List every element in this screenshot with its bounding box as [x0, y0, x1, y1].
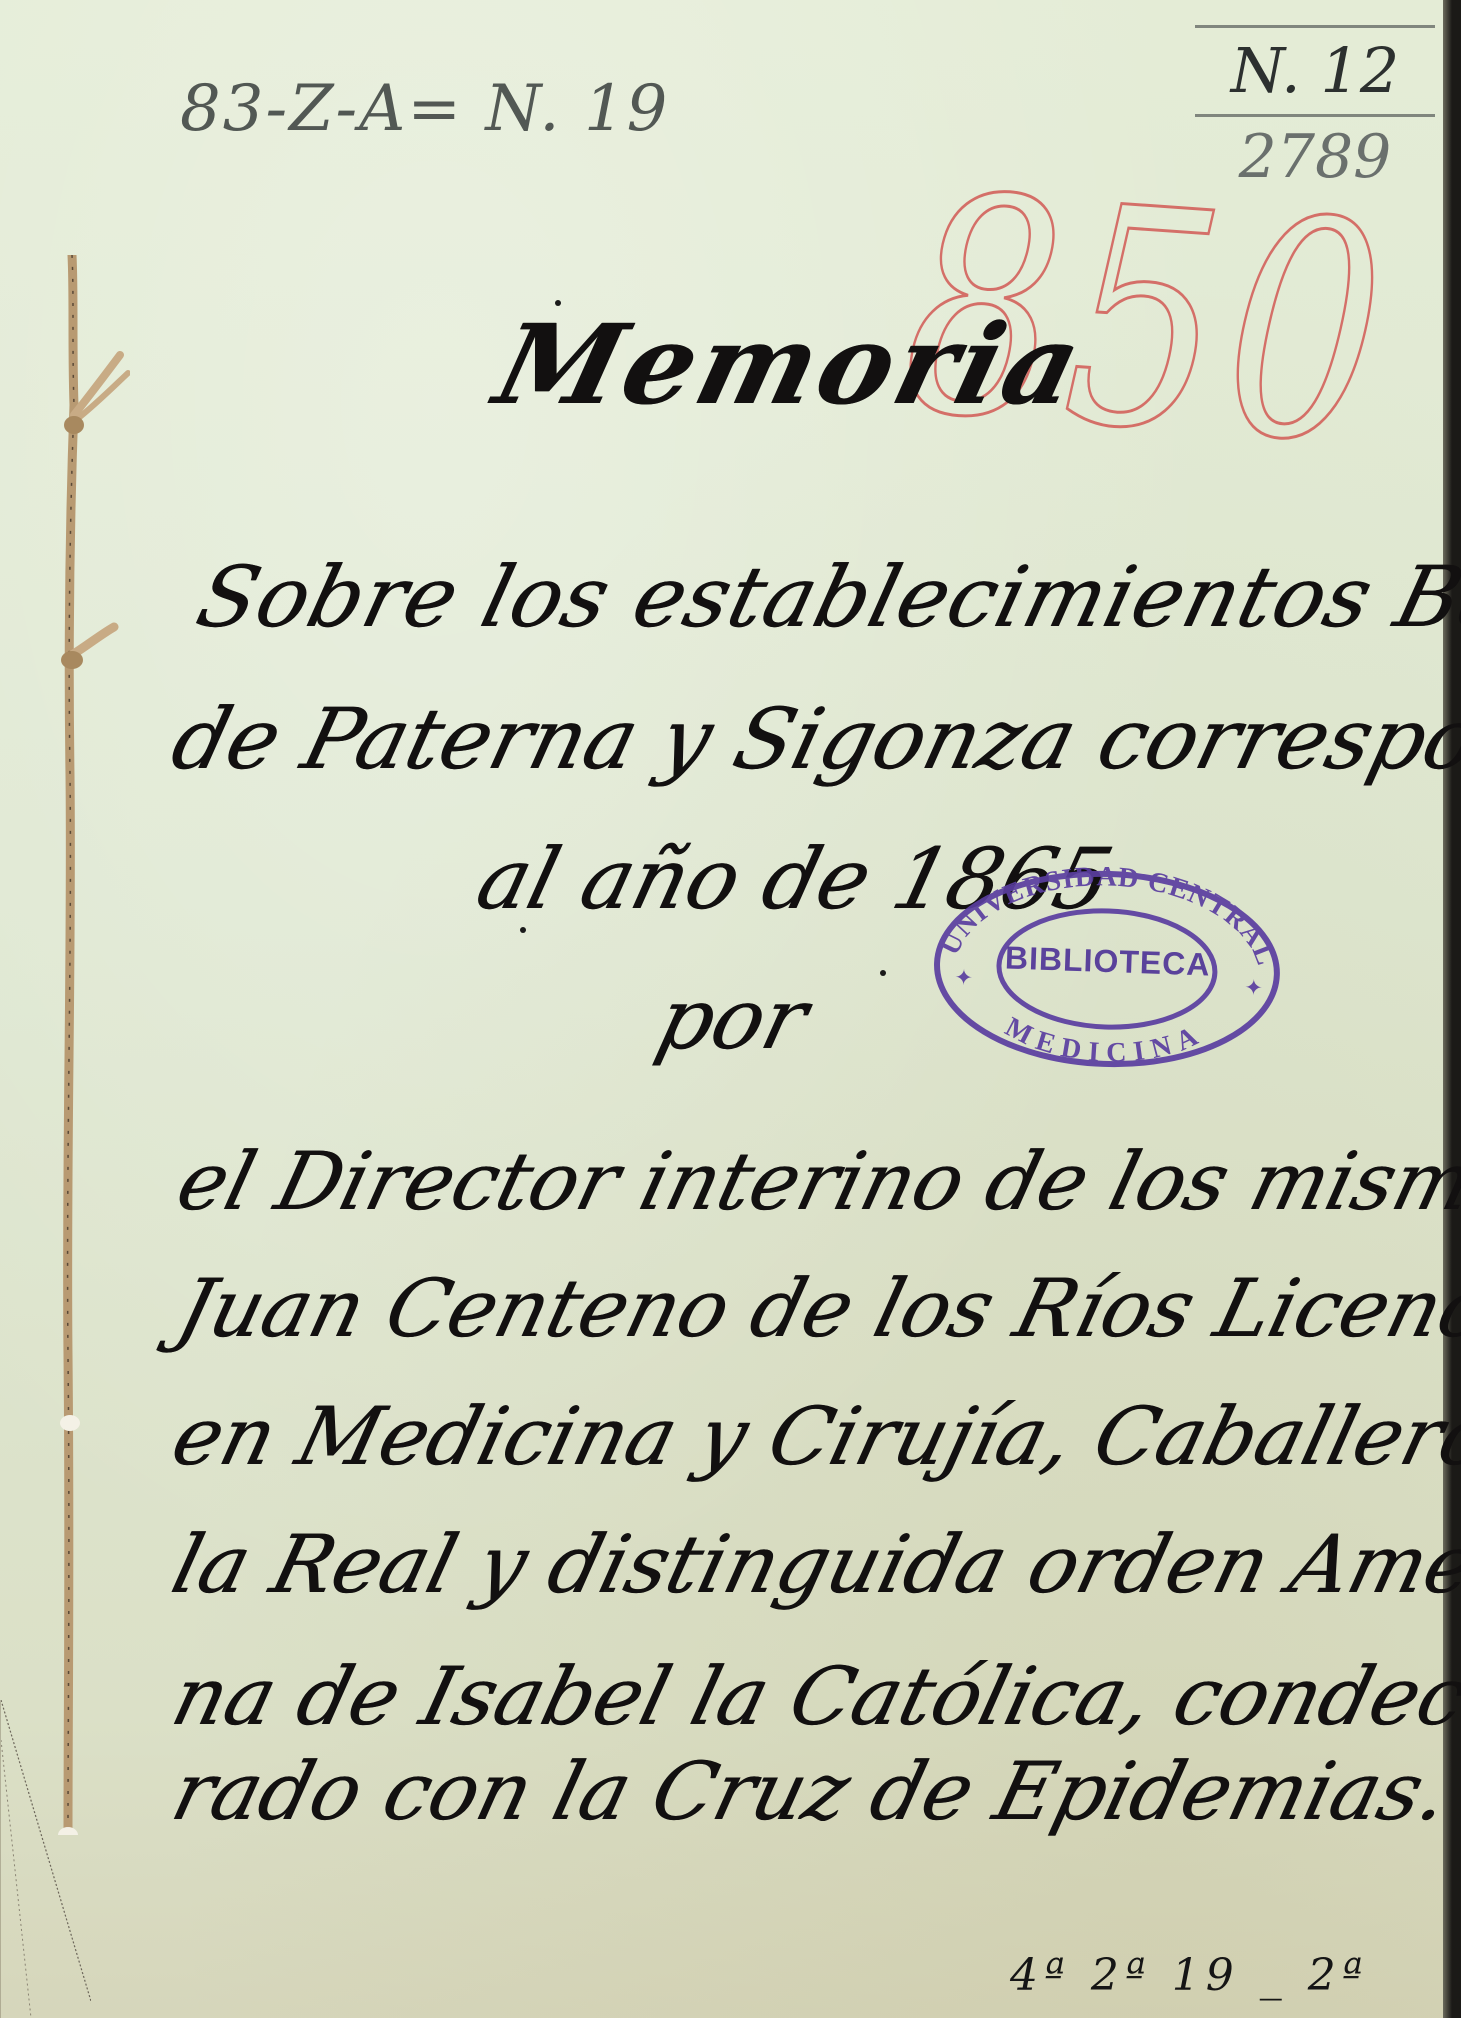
body-line-2: de Paterna y Sigonza correspondiente — [163, 690, 1461, 788]
stamp-bottom-text: MEDICINA — [999, 1011, 1211, 1073]
body-line-7: en Medicina y Cirujía, Caballero de — [163, 1390, 1461, 1483]
signature-rule-top — [1195, 25, 1435, 28]
body-line-5: el Director interino de los mismos Don — [168, 1135, 1461, 1228]
body-line-10: rado con la Cruz de Epidemias. — [163, 1745, 1457, 1838]
svg-text:MEDICINA: MEDICINA — [999, 1011, 1211, 1073]
body-line-8: la Real y distinguida orden Americana — [163, 1518, 1461, 1611]
folded-corner — [0, 1700, 91, 2018]
body-line-9: na de Isabel la Católica, condeco- — [163, 1650, 1461, 1743]
signature-annotation: N. 12 2789 — [1195, 25, 1435, 197]
body-line-1: Sobre los establecimientos Balnearios — [188, 548, 1461, 646]
document-title: Memoria — [484, 300, 1097, 429]
body-line-4: por — [648, 970, 817, 1068]
library-stamp: UNIVERSIDAD CENTRAL MEDICINA ✦ ✦ BIBLIOT… — [922, 859, 1294, 1077]
shelfmark-annotation: 4ª 2ª 19 _ 2ª — [1010, 1950, 1369, 2001]
call-number-annotation: 83-Z-A= N. 19 — [180, 72, 669, 146]
ink-dot — [555, 300, 561, 306]
binding-thread — [50, 255, 130, 1835]
ink-dot — [880, 970, 886, 976]
manuscript-page: 83-Z-A= N. 19 850 N. 12 2789 Memoria Sob… — [0, 0, 1452, 2018]
signature-number-top: N. 12 — [1195, 28, 1435, 114]
ink-dot — [520, 927, 526, 933]
signature-number-bottom: 2789 — [1195, 117, 1435, 197]
body-line-6: Juan Centeno de los Ríos Licenciado — [168, 1262, 1461, 1355]
signature-rule-middle — [1195, 114, 1435, 117]
